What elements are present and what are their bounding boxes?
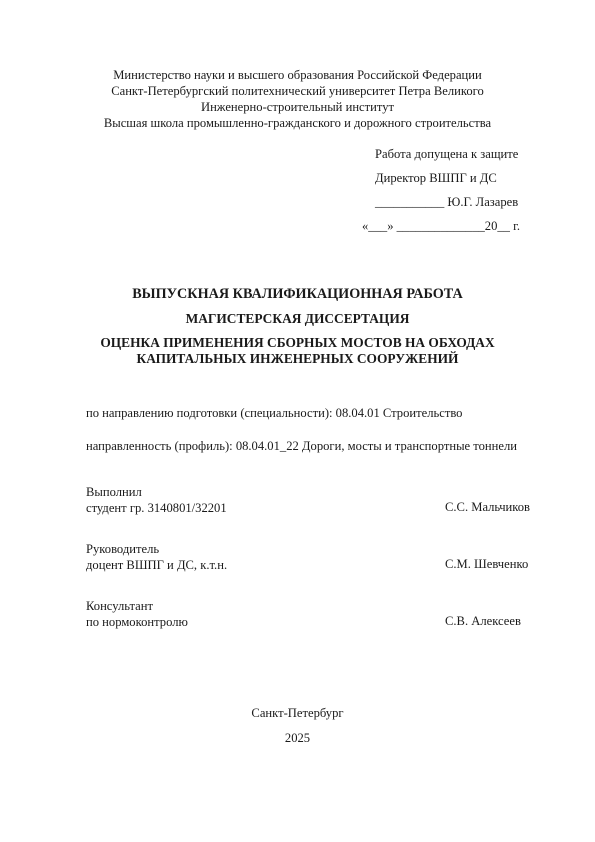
approval-signature: ___________ Ю.Г. Лазарев (375, 195, 518, 210)
signature-role: Руководитель (86, 541, 227, 557)
program-direction: по направлению подготовки (специальности… (86, 406, 462, 421)
program-profile: направленность (профиль): 08.04.01_22 До… (86, 439, 517, 454)
signature-position: доцент ВШПГ и ДС, к.т.н. (86, 557, 227, 573)
approval-director: Директор ВШПГ и ДС (375, 171, 497, 186)
school-line: Высшая школа промышленно-гражданского и … (0, 116, 595, 131)
signature-role: Выполнил (86, 484, 227, 500)
signature-block-consultant: Консультант по нормоконтролю (86, 598, 188, 630)
degree-type-title: МАГИСТЕРСКАЯ ДИССЕРТАЦИЯ (0, 311, 595, 327)
footer-city: Санкт-Петербург (0, 706, 595, 721)
institute-line: Инженерно-строительный институт (0, 100, 595, 115)
signature-name-consultant: С.В. Алексеев (445, 614, 521, 629)
signature-role: Консультант (86, 598, 188, 614)
signature-block-supervisor: Руководитель доцент ВШПГ и ДС, к.т.н. (86, 541, 227, 573)
university-line: Санкт-Петербургский политехнический унив… (0, 84, 595, 99)
signature-name-supervisor: С.М. Шевченко (445, 557, 528, 572)
footer-year: 2025 (0, 731, 595, 746)
signature-name-author: С.С. Мальчиков (445, 500, 530, 515)
topic-title-line2: КАПИТАЛЬНЫХ ИНЖЕНЕРНЫХ СООРУЖЕНИЙ (0, 351, 595, 367)
ministry-line: Министерство науки и высшего образования… (0, 68, 595, 83)
approval-admitted: Работа допущена к защите (375, 147, 518, 162)
signature-block-author: Выполнил студент гр. 3140801/32201 (86, 484, 227, 516)
topic-title-line1: ОЦЕНКА ПРИМЕНЕНИЯ СБОРНЫХ МОСТОВ НА ОБХО… (0, 335, 595, 351)
work-type-title: ВЫПУСКНАЯ КВАЛИФИКАЦИОННАЯ РАБОТА (0, 286, 595, 303)
signature-position: студент гр. 3140801/32201 (86, 500, 227, 516)
approval-date: «___» ______________20__ г. (362, 219, 520, 234)
signature-position: по нормоконтролю (86, 614, 188, 630)
